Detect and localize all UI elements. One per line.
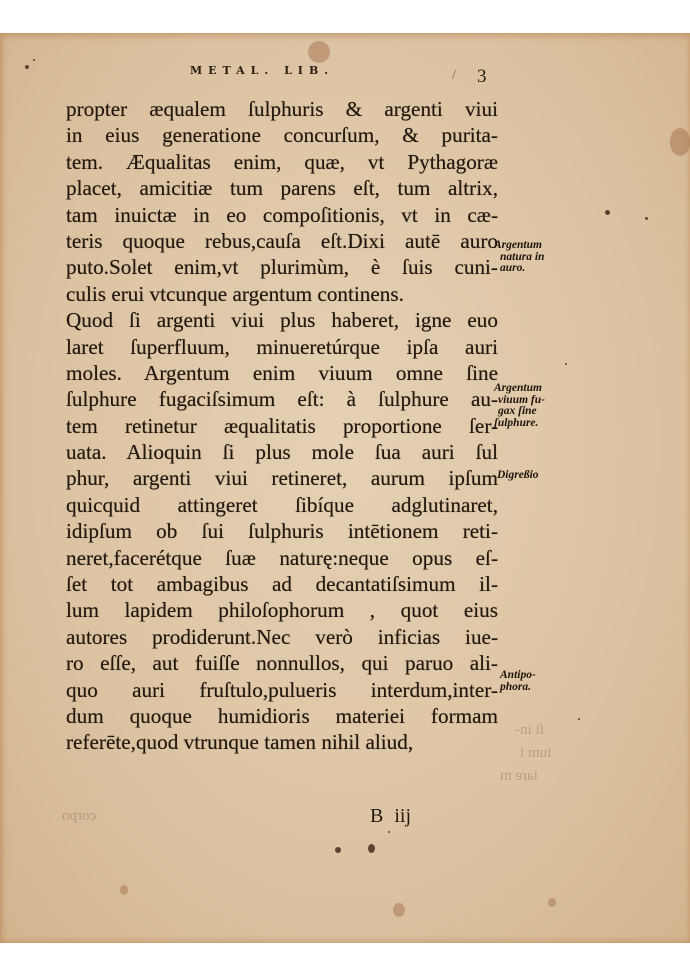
ink-speck	[645, 217, 648, 220]
text-line: uata. Alioquin ſi plus mole ſua auri ſul	[66, 439, 498, 465]
text-line: laret ſuperfluum, minueretúrque ipſa aur…	[66, 334, 498, 360]
foxing-stain	[548, 898, 556, 907]
margin-mark: /	[452, 68, 456, 84]
text-line: tam inuictæ in eo compoſitionis, vt in c…	[66, 202, 498, 228]
text-line: ſulphure fugaciſsimum eſt: à ſulphure au…	[66, 386, 498, 412]
ink-speck	[335, 847, 341, 853]
running-head: METAL. LIB.	[190, 64, 334, 77]
text-line: Quod ſi argenti viui plus haberet, igne …	[66, 307, 498, 333]
text-line: phur, argenti viui retineret, aurum ipſu…	[66, 465, 498, 491]
text-line: puto.Solet enim,vt plurimùm, è ſuis cuni…	[66, 254, 498, 280]
signature-mark: B iij	[370, 805, 411, 828]
foxing-stain	[670, 128, 690, 156]
text-line: referēte,quod vtrunque tamen nihil aliud…	[66, 729, 498, 755]
text-line: moles. Argentum enim viuum omne ſine	[66, 360, 498, 386]
text-line: quo auri fruſtulo,pulueris interdum,inte…	[66, 677, 498, 703]
ink-speck	[565, 363, 567, 365]
ink-speck	[368, 844, 375, 853]
text-line: ro eſſe, aut fuiſſe nonnullos, qui paruo…	[66, 650, 498, 676]
text-line: idipſum ob ſui ſulphuris intētionem reti…	[66, 518, 498, 544]
show-through-text: ium i	[520, 745, 551, 762]
text-line: placet, amicitiæ tum parens eſt, tum alt…	[66, 175, 498, 201]
text-line: autores prodiderunt.Nec verò inficias iu…	[66, 624, 498, 650]
marginal-note-argentum-viuum: Argentum viuum fu- gax ſine ſulphure.	[494, 383, 545, 429]
text-line: neret,facerétque ſuæ naturę:neque opus e…	[66, 545, 498, 571]
ink-speck	[388, 831, 390, 833]
foxing-stain	[120, 885, 128, 895]
marginal-note-antipophora: Antipo- phora.	[500, 670, 536, 693]
page-number: 3	[477, 66, 487, 88]
text-line: lum lapidem philoſophorum , quot eius	[66, 597, 498, 623]
text-line: quicquid attingeret ſibíque adglutinaret…	[66, 492, 498, 518]
text-line: propter æqualem ſulphuris & argenti viui	[66, 96, 498, 122]
show-through-text: corpo	[62, 808, 96, 825]
text-line: teris quoque rebus,cauſa eſt.Dixi autē a…	[66, 228, 498, 254]
body-text: propter æqualem ſulphuris & argenti viui…	[66, 96, 498, 756]
marginal-note-argentum-natura: Argentum natura in auro.	[494, 240, 544, 275]
marginal-note-digressio: Digreßio	[497, 470, 539, 482]
text-line: tem retinetur æqualitatis proportione ſe…	[66, 413, 498, 439]
ink-speck	[578, 718, 580, 720]
text-line: in eius generatione concurſum, & purita-	[66, 122, 498, 148]
text-line: culis erui vtcunque argentum continens.	[66, 281, 498, 307]
text-line: dum quoque humidioris materiei formam	[66, 703, 498, 729]
text-line: ſet tot ambagibus ad decantatiſsimum il-	[66, 571, 498, 597]
show-through-text: ſi in-	[515, 722, 544, 739]
foxing-stain	[393, 903, 405, 917]
ink-speck	[25, 65, 29, 69]
show-through-text: iare m	[500, 768, 538, 785]
text-line: tem. Æqualitas enim, quæ, vt Pythagoræ	[66, 149, 498, 175]
ink-speck	[33, 59, 35, 61]
foxing-stain	[308, 41, 330, 63]
ink-speck	[605, 210, 610, 215]
